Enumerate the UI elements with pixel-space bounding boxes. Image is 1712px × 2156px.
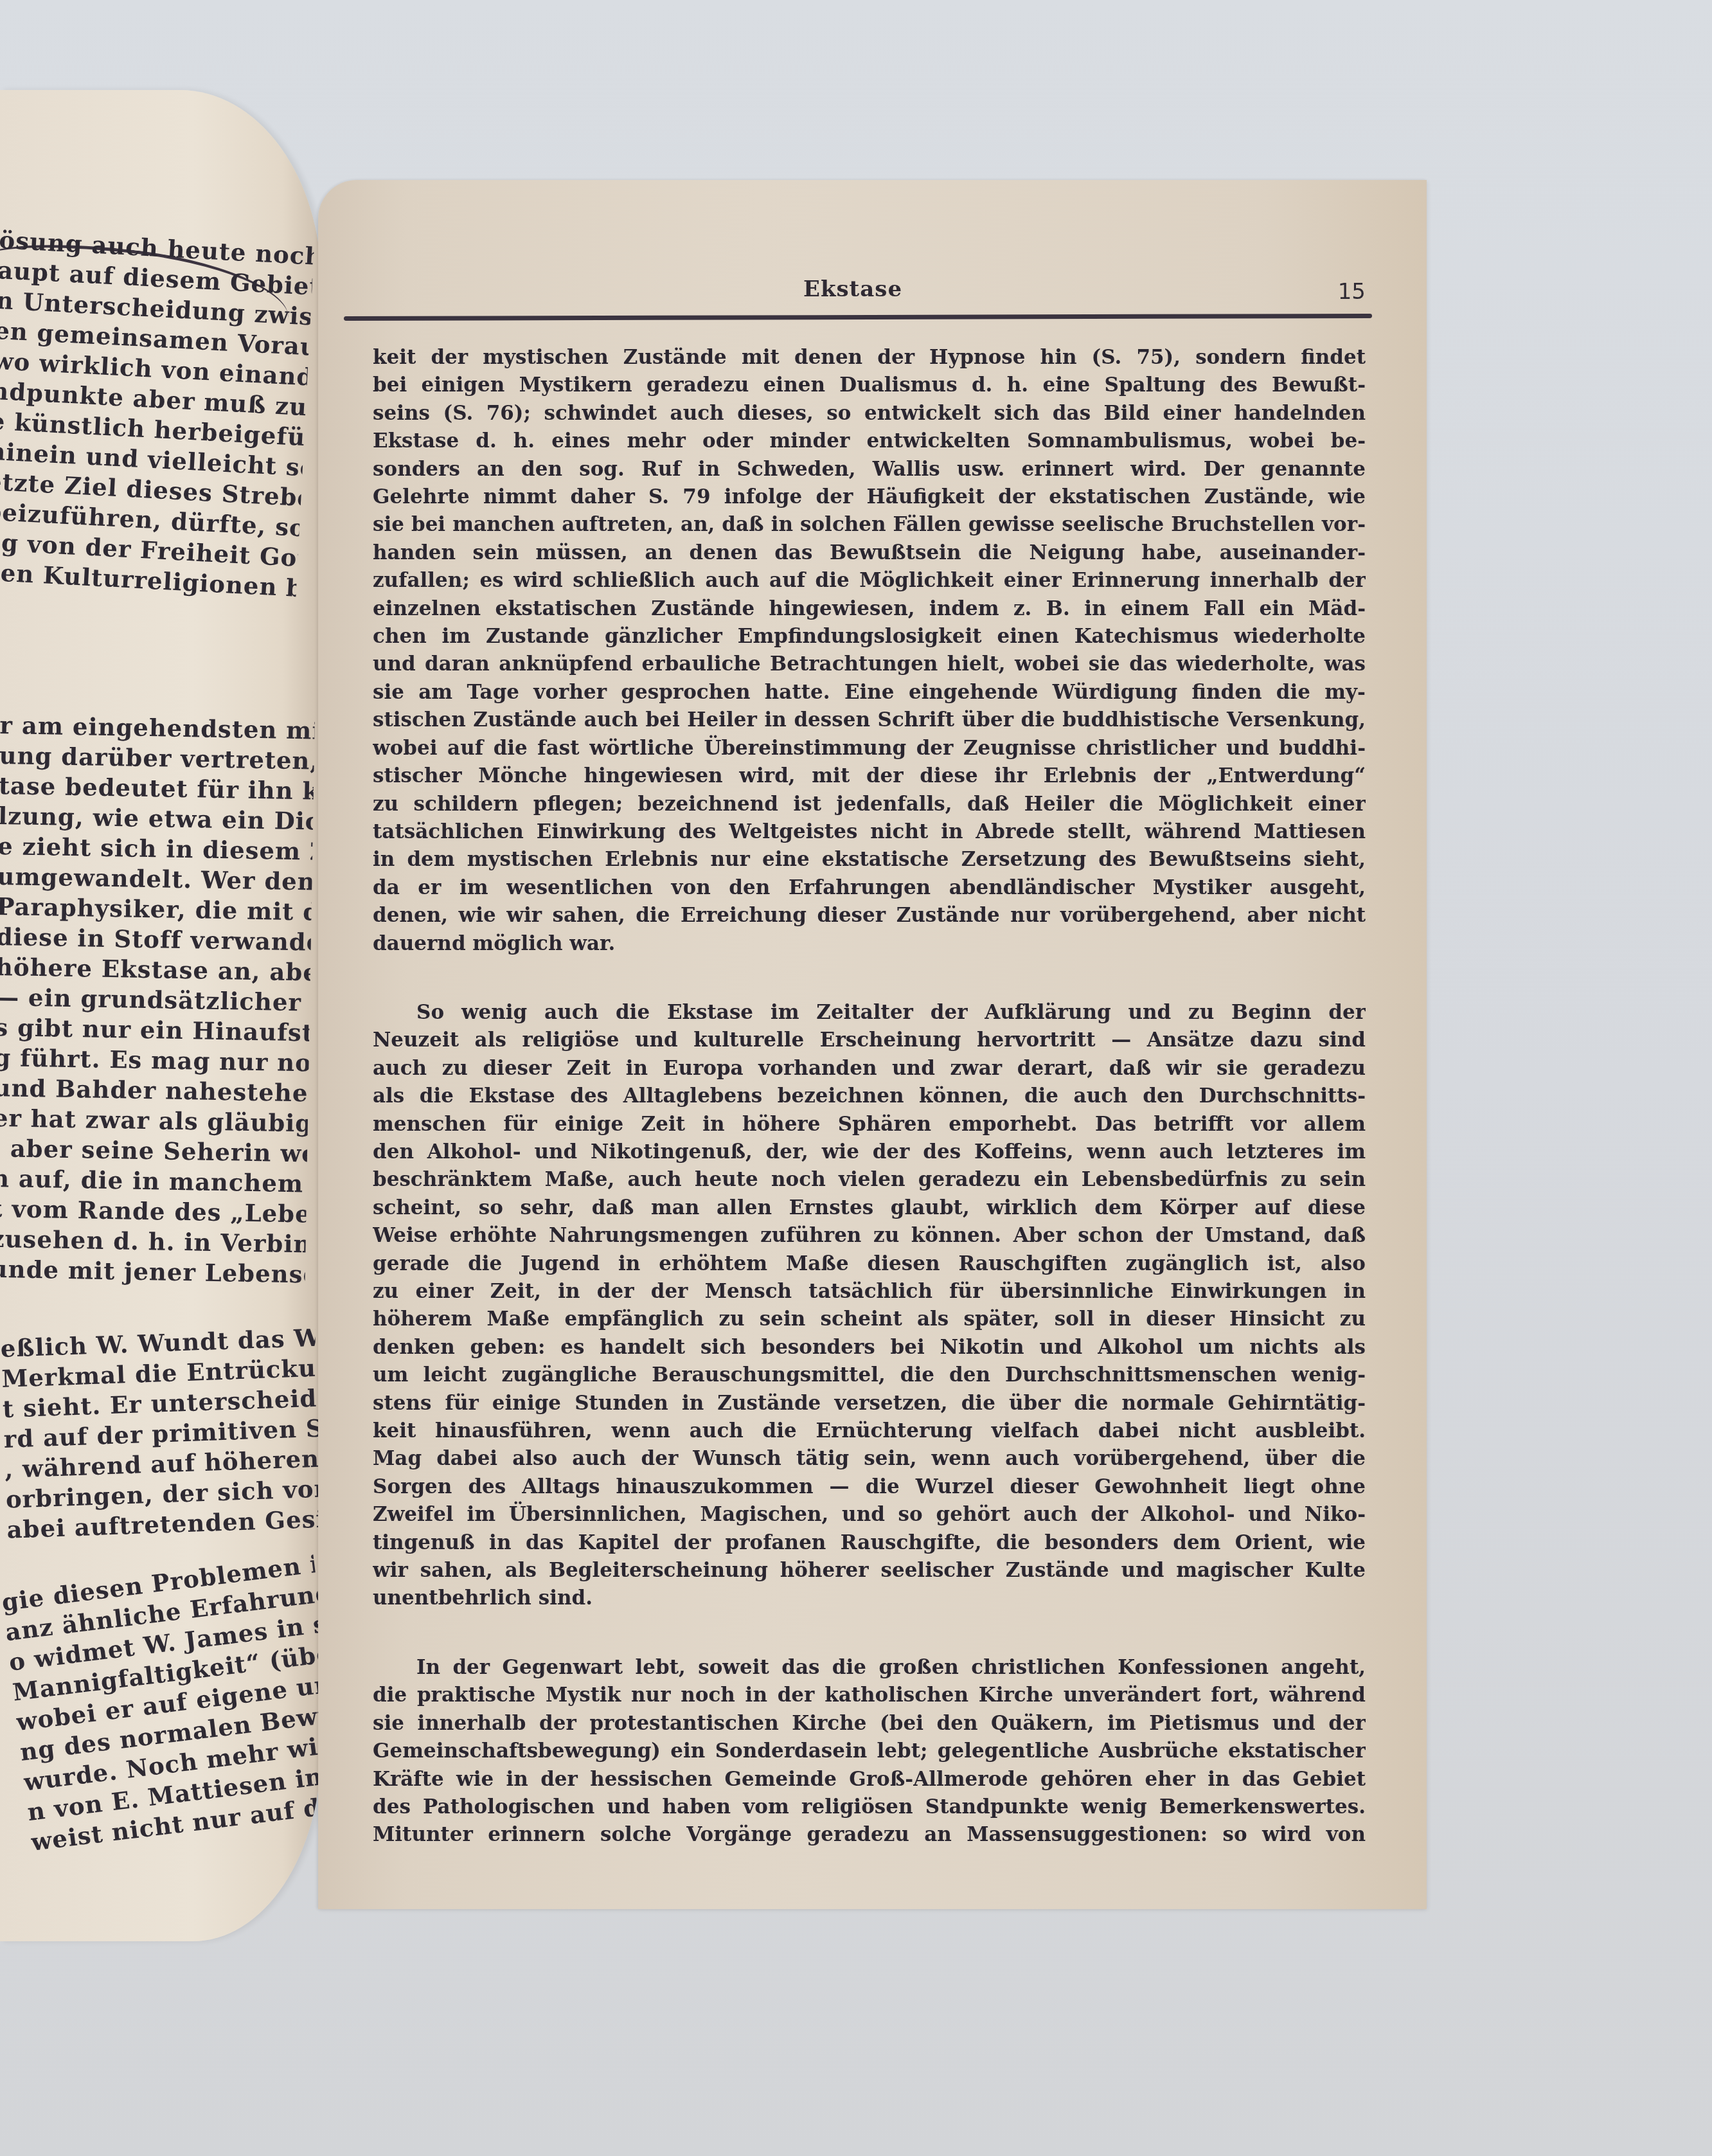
text-line: des Pathologischen und haben vom religiö…	[373, 1793, 1366, 1821]
text-line: auch zu dieser Zeit in Europa vorhanden …	[373, 1055, 1366, 1082]
text-line: handen sein müssen, an denen das Bewußts…	[373, 539, 1366, 567]
text-line: scheint, so sehr, daß man allen Ernstes …	[373, 1194, 1366, 1222]
text-line: denen, wie wir sahen, die Erreichung die…	[373, 902, 1366, 930]
text-line: Gelehrte nimmt daher S. 79 infolge der H…	[373, 483, 1366, 511]
text-line: diese in Stoff verwandeln	[0, 922, 311, 958]
text-line: sie am Tage vorher gesprochen hatte. Ein…	[373, 679, 1366, 706]
text-line: tingenuß in das Kapitel der profanen Rau…	[373, 1529, 1366, 1557]
left-page-fragment-4: gie diesen Problemen in stei- anz ähnlic…	[0, 1549, 321, 1858]
text-line: sonders an den sog. Ruf in Schweden, Wal…	[373, 456, 1366, 483]
text-line: Mitunter erinnern solche Vorgänge gerade…	[373, 1821, 1366, 1849]
text-line: keit hinausführen, wenn auch die Ernücht…	[373, 1417, 1366, 1445]
right-page: Ekstase 15 keit der mystischen Zustände …	[318, 180, 1427, 1909]
text-line: unentbehrlich sind.	[373, 1585, 1366, 1612]
text-line: s gibt nur ein Hinaufsteigen,	[0, 1012, 310, 1048]
text-line: tatsächlichen Einwirkung des Weltgeistes…	[373, 818, 1366, 846]
left-page-fragment-3: eßlich W. Wundt das Wesen Merkmal die En…	[0, 1323, 321, 1545]
text-line: zu einer Zeit, in der der Mensch tatsäch…	[373, 1278, 1366, 1306]
text-line: chen im Zustande gänzlicher Empfindungsl…	[373, 623, 1366, 651]
text-line: sie bei manchen auftreten, an, daß in so…	[373, 511, 1366, 539]
text-line: Mag dabei also auch der Wunsch tätig sei…	[373, 1445, 1366, 1473]
page-number: 15	[1338, 279, 1366, 305]
text-line: Sorgen des Alltags hinauszukommen — die …	[373, 1473, 1366, 1501]
text-line: Gemeinschaftsbewegung) ein Sonderdasein …	[373, 1738, 1366, 1765]
text-line: tase bedeutet für ihn keine	[0, 771, 314, 807]
text-line: Paraphysiker, die mit der	[0, 892, 312, 928]
text-line: einzelnen ekstatischen Zustände hingewie…	[373, 595, 1366, 623]
text-line: g führt. Es mag nur noch	[0, 1043, 309, 1079]
text-line: — ein grundsätzlicher Unter-	[0, 982, 310, 1018]
text-line: beschränktem Maße, auch heute noch viele…	[373, 1166, 1366, 1194]
text-line: Neuzeit als religiöse und kulturelle Ers…	[373, 1027, 1366, 1054]
text-line: stens für einige Stunden in Zustände ver…	[373, 1390, 1366, 1417]
text-line: In der Gegenwart lebt, soweit das die gr…	[373, 1654, 1366, 1682]
text-line: menschen für einige Zeit in höhere Sphär…	[373, 1111, 1366, 1138]
text-line: die praktische Mystik nur noch in der ka…	[373, 1682, 1366, 1709]
text-line: lzung, wie etwa ein Dich-	[0, 801, 313, 837]
text-line: zusehen d. h. in Verbindung	[0, 1224, 306, 1260]
running-head-title: Ekstase	[803, 276, 902, 302]
left-page-fragment-1: ösung auch heute noch nicht aupt auf die…	[0, 225, 314, 604]
paragraph-3: In der Gegenwart lebt, soweit das die gr…	[373, 1654, 1366, 1849]
text-line: den Alkohol- und Nikotingenuß, der, wie …	[373, 1138, 1366, 1166]
text-line: gerade die Jugend in erhöhtem Maße diese…	[373, 1250, 1366, 1278]
text-line: Weise erhöhte Nahrungsmengen zuführen zu…	[373, 1222, 1366, 1250]
text-line: , aber seine Seherin weist	[0, 1133, 307, 1169]
text-line: denken geben: es handelt sich besonders …	[373, 1334, 1366, 1361]
text-line: stischer Mönche hingewiesen wird, mit de…	[373, 762, 1366, 790]
text-line: n auf, die in manchem an	[0, 1163, 307, 1199]
text-line: um leicht zugängliche Berauschungsmittel…	[373, 1361, 1366, 1389]
paragraph-1: keit der mystischen Zustände mit denen d…	[373, 344, 1366, 958]
left-page-fragment-2: r am eingehendsten mit der ung darüber v…	[0, 710, 315, 1289]
text-line: in dem mystischen Erlebnis nur eine ekst…	[373, 846, 1366, 874]
text-line: keit der mystischen Zustände mit denen d…	[373, 344, 1366, 372]
text-line: und Bahder nahestehenden	[0, 1073, 308, 1109]
text-line: höhere Ekstase an, aber so,	[0, 952, 310, 988]
text-line: Ekstase d. h. eines mehr oder minder ent…	[373, 427, 1366, 455]
text-line: als die Ekstase des Alltaglebens bezeich…	[373, 1082, 1366, 1110]
left-page: ösung auch heute noch nicht aupt auf die…	[0, 90, 321, 1941]
text-line: wir sahen, als Begleiterscheinung höhere…	[373, 1557, 1366, 1585]
text-line: seins (S. 76); schwindet auch dieses, so…	[373, 400, 1366, 427]
text-line: r am eingehendsten mit der	[0, 710, 315, 746]
text-line: t vom Rande des „Lebens-	[0, 1194, 307, 1230]
text-line: stischen Zustände auch bei Heiler in des…	[373, 706, 1366, 734]
text-line: unde mit jener Lebensquelle,	[0, 1254, 305, 1290]
text-line: Zweifel im Übersinnlichen, Magischen, un…	[373, 1501, 1366, 1529]
text-line: zufallen; es wird schließlich auch auf d…	[373, 567, 1366, 595]
text-line: und daran anknüpfend erbauliche Betracht…	[373, 651, 1366, 678]
text-line: höherem Maße empfänglich zu sein scheint…	[373, 1306, 1366, 1333]
paragraph-2: So wenig auch die Ekstase im Zeitalter d…	[373, 999, 1366, 1613]
text-line: wobei auf die fast wörtliche Übereinstim…	[373, 735, 1366, 762]
text-line: dauernd möglich war.	[373, 930, 1366, 958]
running-head: Ekstase 15	[318, 276, 1372, 315]
page-body: keit der mystischen Zustände mit denen d…	[373, 344, 1366, 1891]
text-line: ung darüber vertreten, die	[0, 741, 314, 777]
text-line: So wenig auch die Ekstase im Zeitalter d…	[373, 999, 1366, 1027]
text-line: da er im wesentlichen von den Erfahrunge…	[373, 874, 1366, 902]
text-line: sie innerhalb der protestantischen Kirch…	[373, 1710, 1366, 1738]
text-line: zu schildern pflegen; bezeichnend ist je…	[373, 791, 1366, 818]
text-line: bei einigen Mystikern geradezu einen Dua…	[373, 372, 1366, 399]
text-line: er hat zwar als gläubiger	[0, 1103, 308, 1139]
text-line: e zieht sich in diesem Zu-	[0, 831, 313, 867]
text-line: umgewandelt. Wer denkt	[0, 861, 312, 897]
text-line: Kräfte wie in der hessischen Gemeinde Gr…	[373, 1766, 1366, 1793]
